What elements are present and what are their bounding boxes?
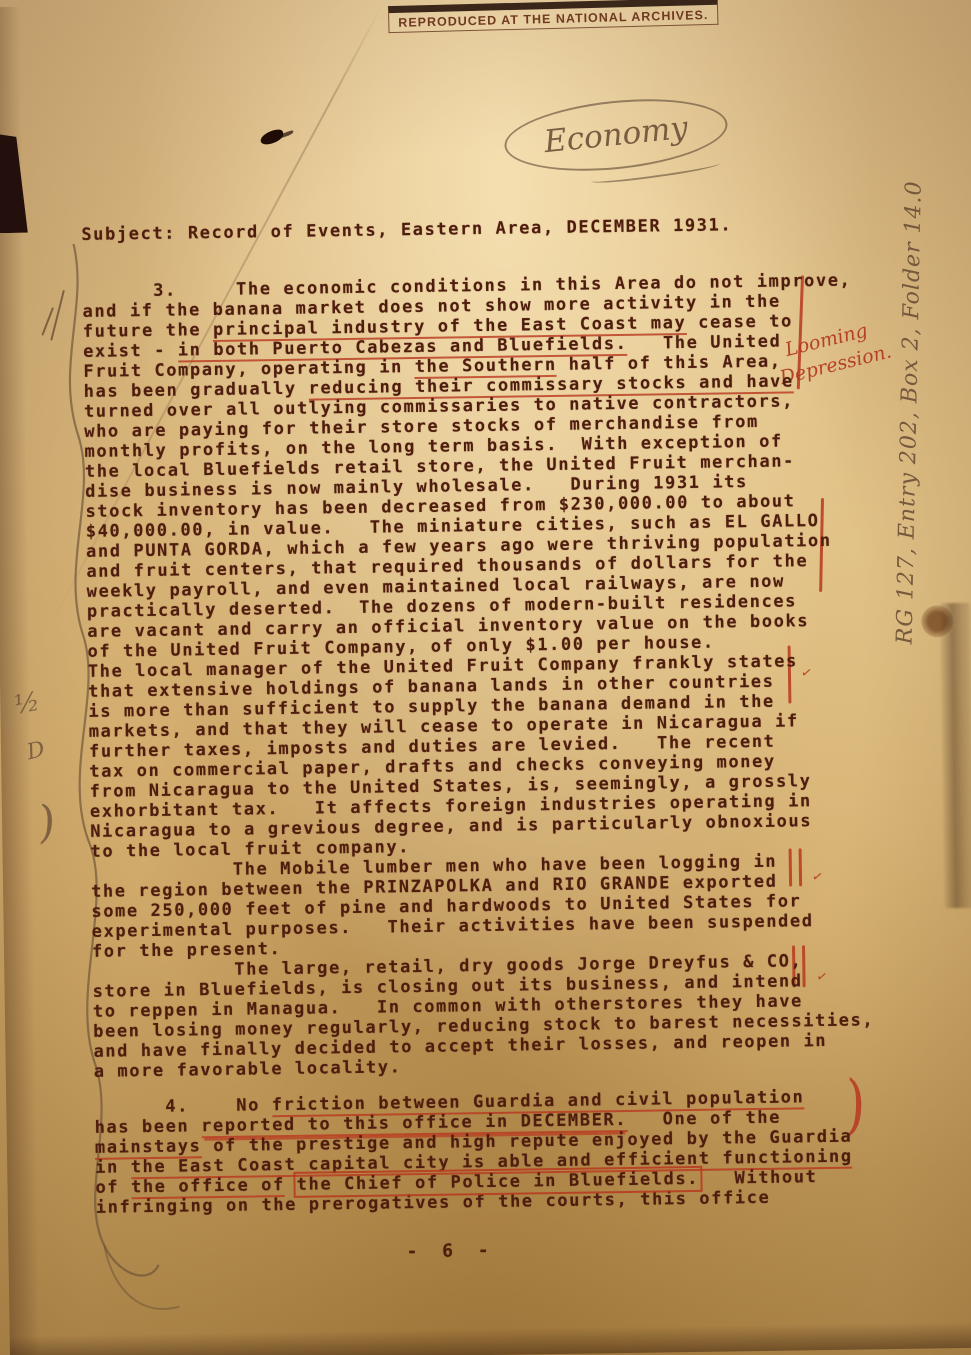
text-segment: Without (699, 1167, 818, 1189)
subject-line: Subject: Record of Events, Eastern Area,… (81, 215, 732, 245)
scanned-document-page: { "colors":{"paper":"#d8b67c","ink":"#4f… (0, 0, 971, 1355)
paper-bottom-edge-shadow (10, 1322, 971, 1355)
text-segment: 4. No (94, 1095, 272, 1118)
document-body: 3. The economic conditions in this Area … (82, 270, 877, 1217)
text-segment: in (95, 1157, 131, 1178)
paragraph: The Mobile lumber men who have been logg… (91, 850, 874, 962)
pencil-margin-mark: ½ (12, 687, 42, 721)
page-content: REPRODUCED AT THE NATIONAL ARCHIVES. Eco… (0, 0, 971, 1355)
pencil-slash-mark (50, 290, 65, 341)
text-segment: a more favorable locality. (94, 1057, 402, 1082)
ink-blot (259, 128, 286, 147)
right-edge-smudge (940, 603, 971, 908)
text-segment: cease to (686, 311, 793, 333)
archival-reference-note: RG 127, Entry 202, Box 2, Folder 14.0 (893, 180, 927, 644)
paragraph: The large, retail, dry goods Jorge Dreyf… (92, 950, 875, 1082)
text-segment: The United (627, 332, 781, 354)
national-archives-stamp: REPRODUCED AT THE NATIONAL ARCHIVES. (388, 0, 719, 33)
paragraph: 3. The economic conditions in this Area … (82, 270, 872, 862)
pencil-margin-mark: ) (34, 796, 59, 849)
text-segment: exist - (83, 341, 178, 362)
text-segment: has been (94, 1116, 201, 1138)
page-number: - 6 - (406, 1240, 495, 1262)
text-segment: One of the (627, 1108, 781, 1130)
paragraph: 4. No friction between Guardia and civil… (94, 1086, 877, 1218)
text-segment: future the (83, 320, 213, 342)
text-segment (285, 1175, 297, 1195)
text-segment: for the present. (92, 939, 282, 962)
text-segment: of (95, 1177, 131, 1198)
